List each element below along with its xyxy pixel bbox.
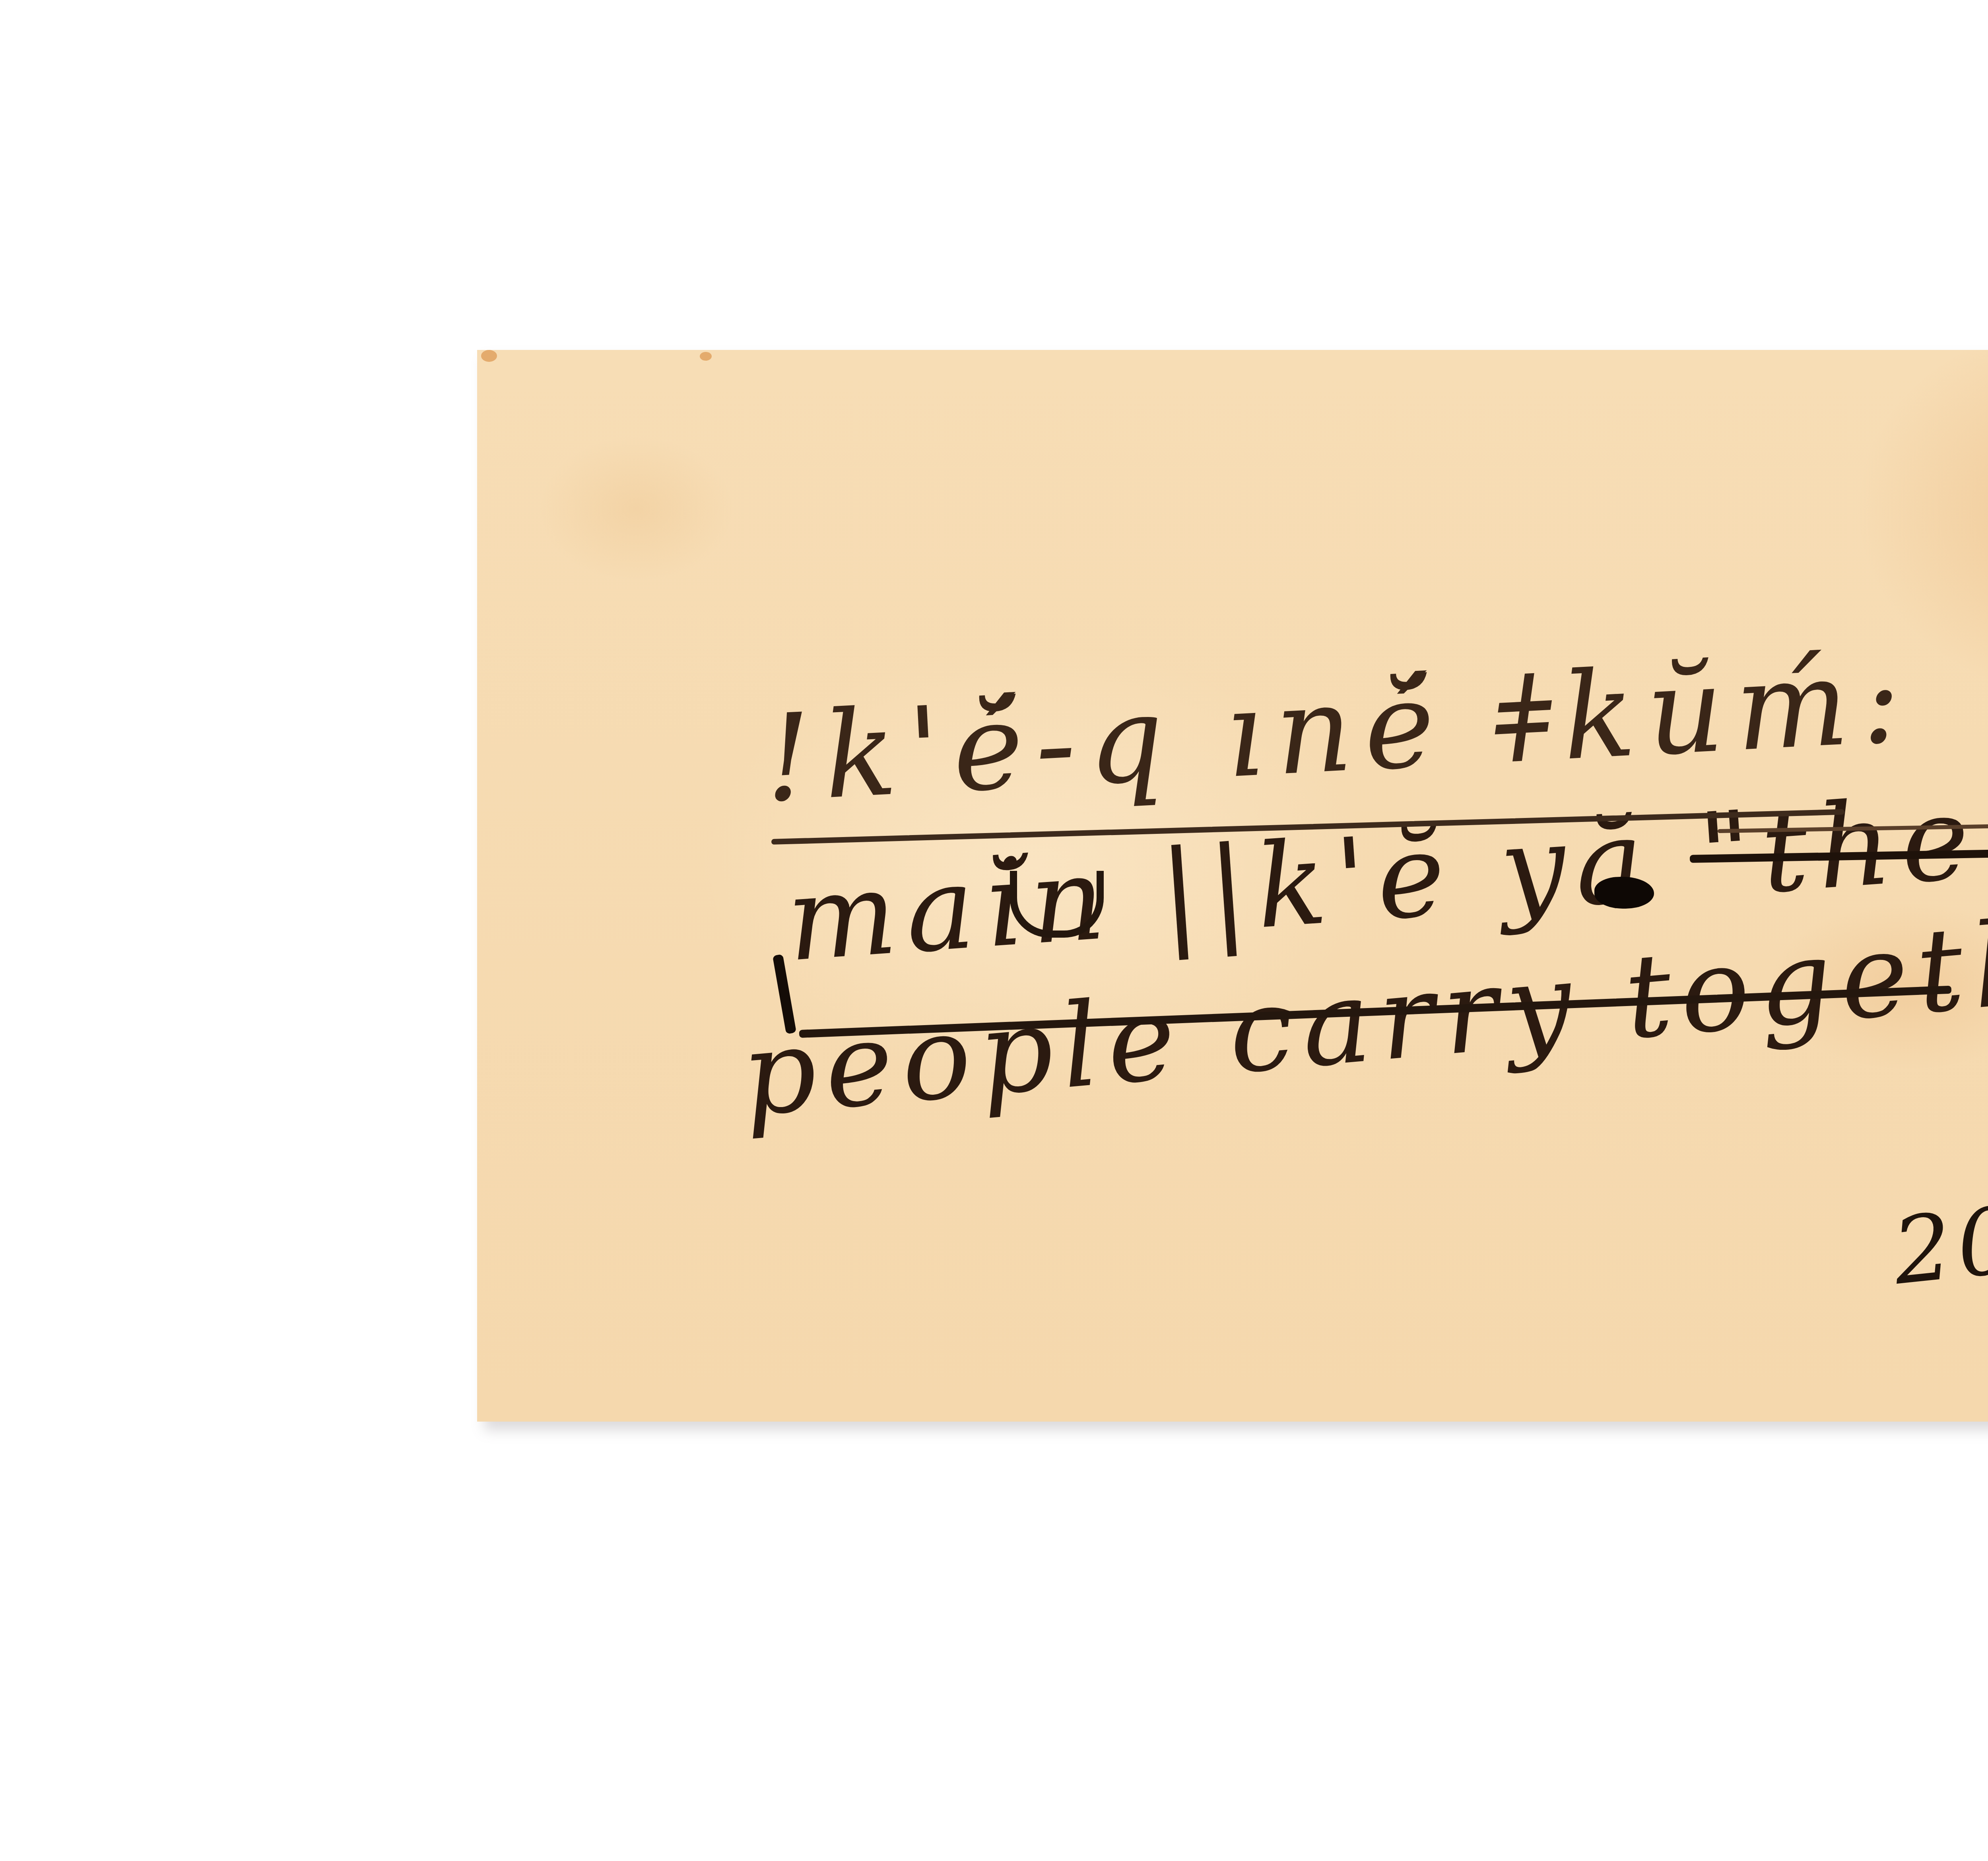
stain-speck (481, 350, 497, 362)
tie-mark (1010, 871, 1104, 938)
ink-blot (1594, 877, 1654, 909)
stain-speck (700, 352, 712, 361)
